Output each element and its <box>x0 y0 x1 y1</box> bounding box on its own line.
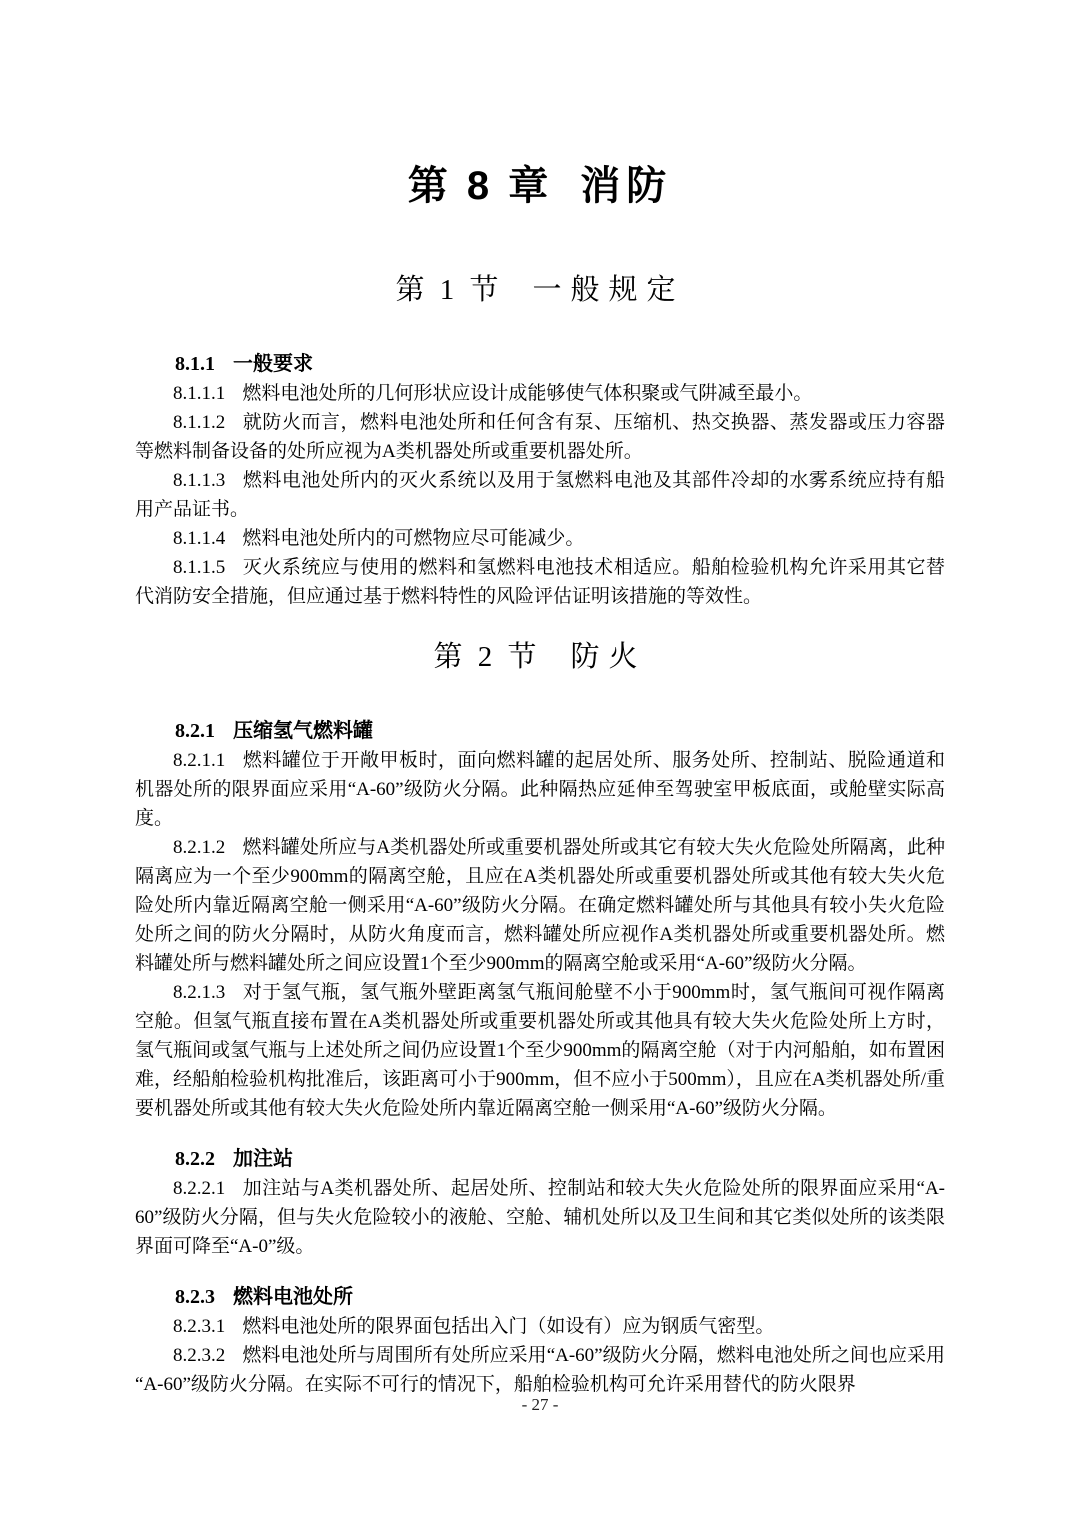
para-8-2-2-1: 8.2.2.1加注站与A类机器处所、起居处所、控制站和较大失火危险处所的限界面应… <box>135 1174 945 1261</box>
para-8-2-1-3: 8.2.1.3对于氢气瓶，氢气瓶外壁距离氢气瓶间舱壁不小于900mm时，氢气瓶间… <box>135 978 945 1123</box>
para-number: 8.2.1.2 <box>173 837 225 858</box>
para-text: 燃料电池处所与周围所有处所应采用“A-60”级防火分隔，燃料电池处所之间也应采用… <box>135 1345 945 1395</box>
para-8-1-1-3: 8.1.1.3燃料电池处所内的灭火系统以及用于氢燃料电池及其部件冷却的水雾系统应… <box>135 466 945 524</box>
para-text: 燃料电池处所内的灭火系统以及用于氢燃料电池及其部件冷却的水雾系统应持有船用产品证… <box>135 470 945 520</box>
heading-8-1-1: 8.1.1一般要求 <box>135 350 945 379</box>
para-text: 加注站与A类机器处所、起居处所、控制站和较大失火危险处所的限界面应采用“A-60… <box>135 1178 945 1257</box>
para-8-2-1-1: 8.2.1.1燃料罐位于开敞甲板时，面向燃料罐的起居处所、服务处所、控制站、脱险… <box>135 746 945 833</box>
heading-text: 加注站 <box>233 1148 293 1170</box>
section-2-title: 第 2 节防火 <box>135 637 945 677</box>
para-number: 8.1.1.4 <box>173 528 225 549</box>
heading-8-2-1: 8.2.1压缩氢气燃料罐 <box>135 717 945 746</box>
para-text: 燃料罐位于开敞甲板时，面向燃料罐的起居处所、服务处所、控制站、脱险通道和机器处所… <box>135 750 945 829</box>
para-number: 8.1.1.1 <box>173 383 225 404</box>
para-text: 灭火系统应与使用的燃料和氢燃料电池技术相适应。船舶检验机构允许采用其它替代消防安… <box>135 557 945 607</box>
para-8-1-1-4: 8.1.1.4燃料电池处所内的可燃物应尽可能减少。 <box>135 524 945 553</box>
para-8-1-1-2: 8.1.1.2就防火而言，燃料电池处所和任何含有泵、压缩机、热交换器、蒸发器或压… <box>135 408 945 466</box>
para-8-2-3-1: 8.2.3.1燃料电池处所的限界面包括出入门（如设有）应为钢质气密型。 <box>135 1312 945 1341</box>
chapter-label: 第 8 章 <box>408 164 552 208</box>
section-1-label: 第 1 节 <box>395 274 502 306</box>
heading-8-2-3: 8.2.3燃料电池处所 <box>135 1283 945 1312</box>
heading-text: 燃料电池处所 <box>233 1286 353 1308</box>
para-text: 燃料电池处所的几何形状应设计成能够使气体积聚或气阱减至最小。 <box>242 383 812 404</box>
page-number: - 27 - <box>0 1395 1080 1415</box>
heading-number: 8.2.1 <box>175 720 215 742</box>
para-number: 8.2.2.1 <box>173 1178 225 1199</box>
heading-number: 8.2.2 <box>175 1148 215 1170</box>
para-number: 8.2.1.1 <box>173 750 225 771</box>
section-1-title: 第 1 节一般规定 <box>135 270 945 310</box>
section-1-name: 一般规定 <box>533 274 685 306</box>
para-text: 燃料罐处所应与A类机器处所或重要机器处所或其它有较大失火危险处所隔离，此种隔离应… <box>135 837 945 974</box>
heading-text: 一般要求 <box>233 353 313 375</box>
chapter-title: 第 8 章消防 <box>135 160 945 212</box>
para-8-1-1-1: 8.1.1.1燃料电池处所的几何形状应设计成能够使气体积聚或气阱减至最小。 <box>135 379 945 408</box>
para-text: 对于氢气瓶，氢气瓶外壁距离氢气瓶间舱壁不小于900mm时，氢气瓶间可视作隔离空舱… <box>135 982 945 1119</box>
para-number: 8.1.1.5 <box>173 557 225 578</box>
para-number: 8.1.1.3 <box>173 470 225 491</box>
para-8-1-1-5: 8.1.1.5灭火系统应与使用的燃料和氢燃料电池技术相适应。船舶检验机构允许采用… <box>135 553 945 611</box>
para-8-2-1-2: 8.2.1.2燃料罐处所应与A类机器处所或重要机器处所或其它有较大失火危险处所隔… <box>135 833 945 978</box>
para-text: 燃料电池处所的限界面包括出入门（如设有）应为钢质气密型。 <box>242 1316 774 1337</box>
heading-8-2-2: 8.2.2加注站 <box>135 1145 945 1174</box>
heading-number: 8.2.3 <box>175 1286 215 1308</box>
section-2-name: 防火 <box>571 641 647 673</box>
para-number: 8.2.1.3 <box>173 982 225 1003</box>
chapter-name: 消防 <box>580 164 672 208</box>
document-page: 第 8 章消防 第 1 节一般规定 8.1.1一般要求 8.1.1.1燃料电池处… <box>0 0 1080 1528</box>
para-text: 燃料电池处所内的可燃物应尽可能减少。 <box>242 528 584 549</box>
para-text: 就防火而言，燃料电池处所和任何含有泵、压缩机、热交换器、蒸发器或压力容器等燃料制… <box>135 412 945 462</box>
heading-number: 8.1.1 <box>175 353 215 375</box>
para-number: 8.2.3.2 <box>173 1345 225 1366</box>
para-8-2-3-2: 8.2.3.2燃料电池处所与周围所有处所应采用“A-60”级防火分隔，燃料电池处… <box>135 1341 945 1399</box>
heading-text: 压缩氢气燃料罐 <box>233 720 373 742</box>
para-number: 8.2.3.1 <box>173 1316 225 1337</box>
para-number: 8.1.1.2 <box>173 412 225 433</box>
section-2-label: 第 2 节 <box>433 641 540 673</box>
